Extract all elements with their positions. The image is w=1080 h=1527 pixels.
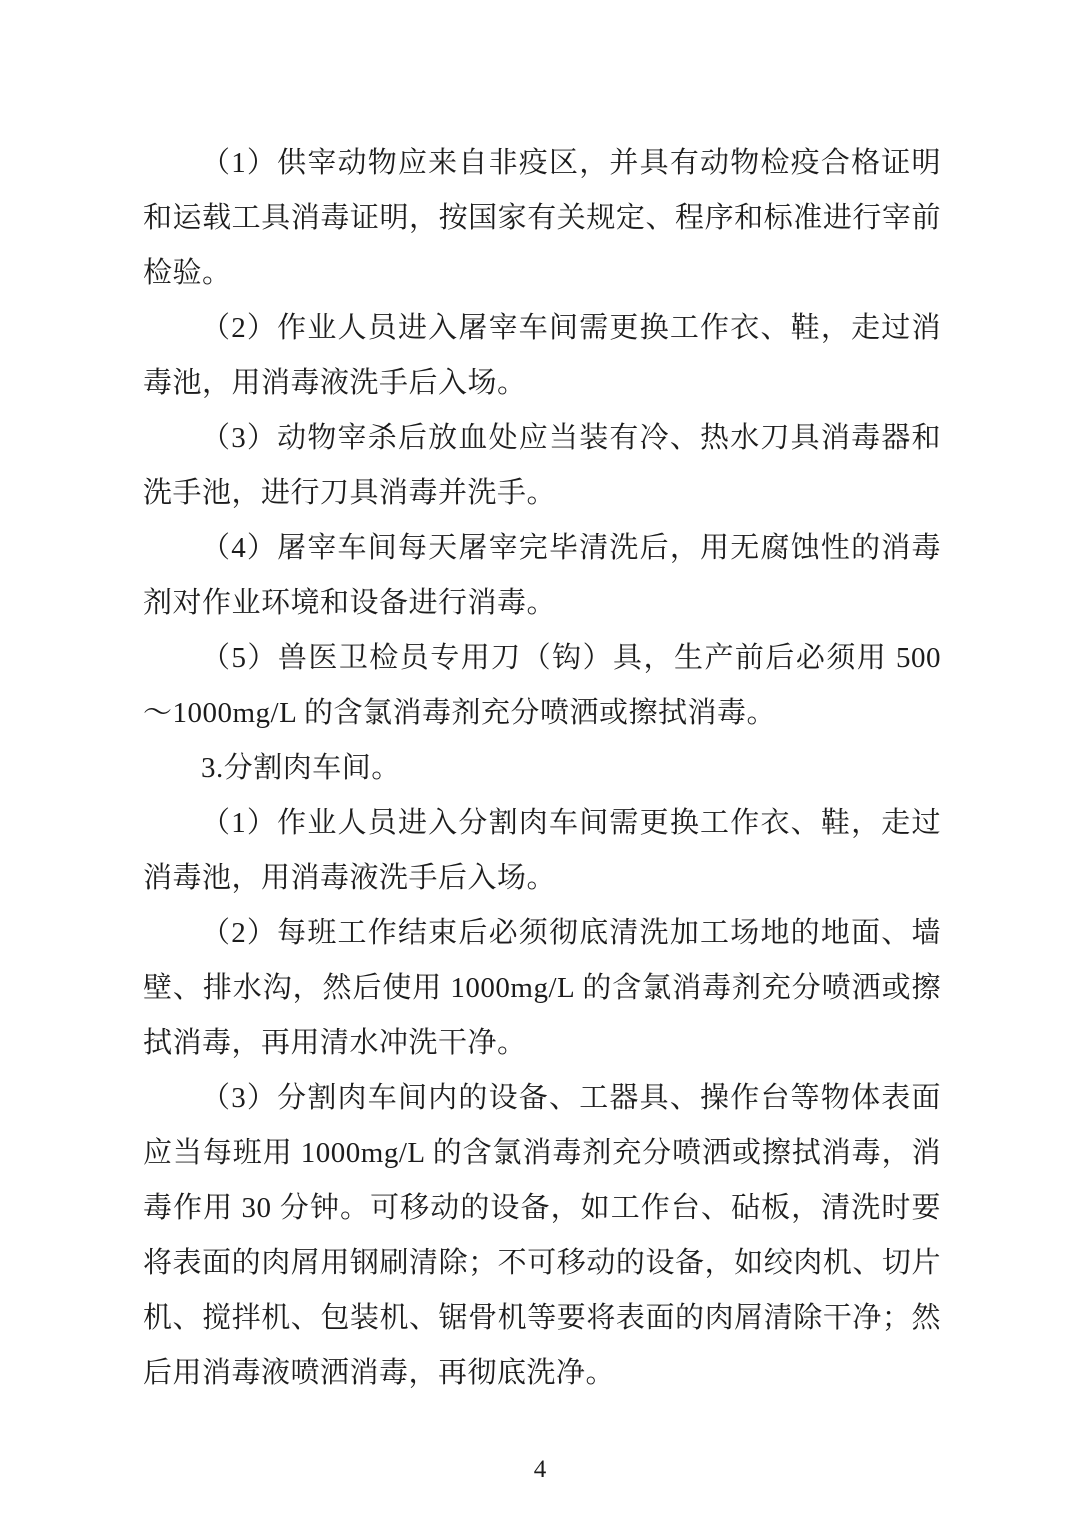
page-number: 4: [534, 1456, 547, 1483]
paragraph-item-3: （3）动物宰杀后放血处应当装有冷、热水刀具消毒器和洗手池，进行刀具消毒并洗手。: [143, 411, 941, 521]
document-page: （1）供宰动物应来自非疫区，并具有动物检疫合格证明和运载工具消毒证明，按国家有关…: [0, 0, 1080, 1527]
document-body: （1）供宰动物应来自非疫区，并具有动物检疫合格证明和运载工具消毒证明，按国家有关…: [143, 136, 941, 1401]
paragraph-item-8: （3）分割肉车间内的设备、工器具、操作台等物体表面应当每班用 1000mg/L …: [143, 1071, 941, 1401]
page-footer: 4: [0, 1450, 1080, 1490]
paragraph-item-2: （2）作业人员进入屠宰车间需更换工作衣、鞋，走过消毒池，用消毒液洗手后入场。: [143, 301, 941, 411]
paragraph-item-7: （2）每班工作结束后必须彻底清洗加工场地的地面、墙壁、排水沟，然后使用 1000…: [143, 906, 941, 1071]
paragraph-item-4: （4）屠宰车间每天屠宰完毕清洗后，用无腐蚀性的消毒剂对作业环境和设备进行消毒。: [143, 521, 941, 631]
paragraph-item-5: （5）兽医卫检员专用刀（钩）具，生产前后必须用 500～1000mg/L 的含氯…: [143, 631, 941, 741]
section-heading-cutting-workshop: 3.分割肉车间。: [143, 741, 941, 796]
paragraph-item-6: （1）作业人员进入分割肉车间需更换工作衣、鞋，走过消毒池，用消毒液洗手后入场。: [143, 796, 941, 906]
paragraph-item-1: （1）供宰动物应来自非疫区，并具有动物检疫合格证明和运载工具消毒证明，按国家有关…: [143, 136, 941, 301]
